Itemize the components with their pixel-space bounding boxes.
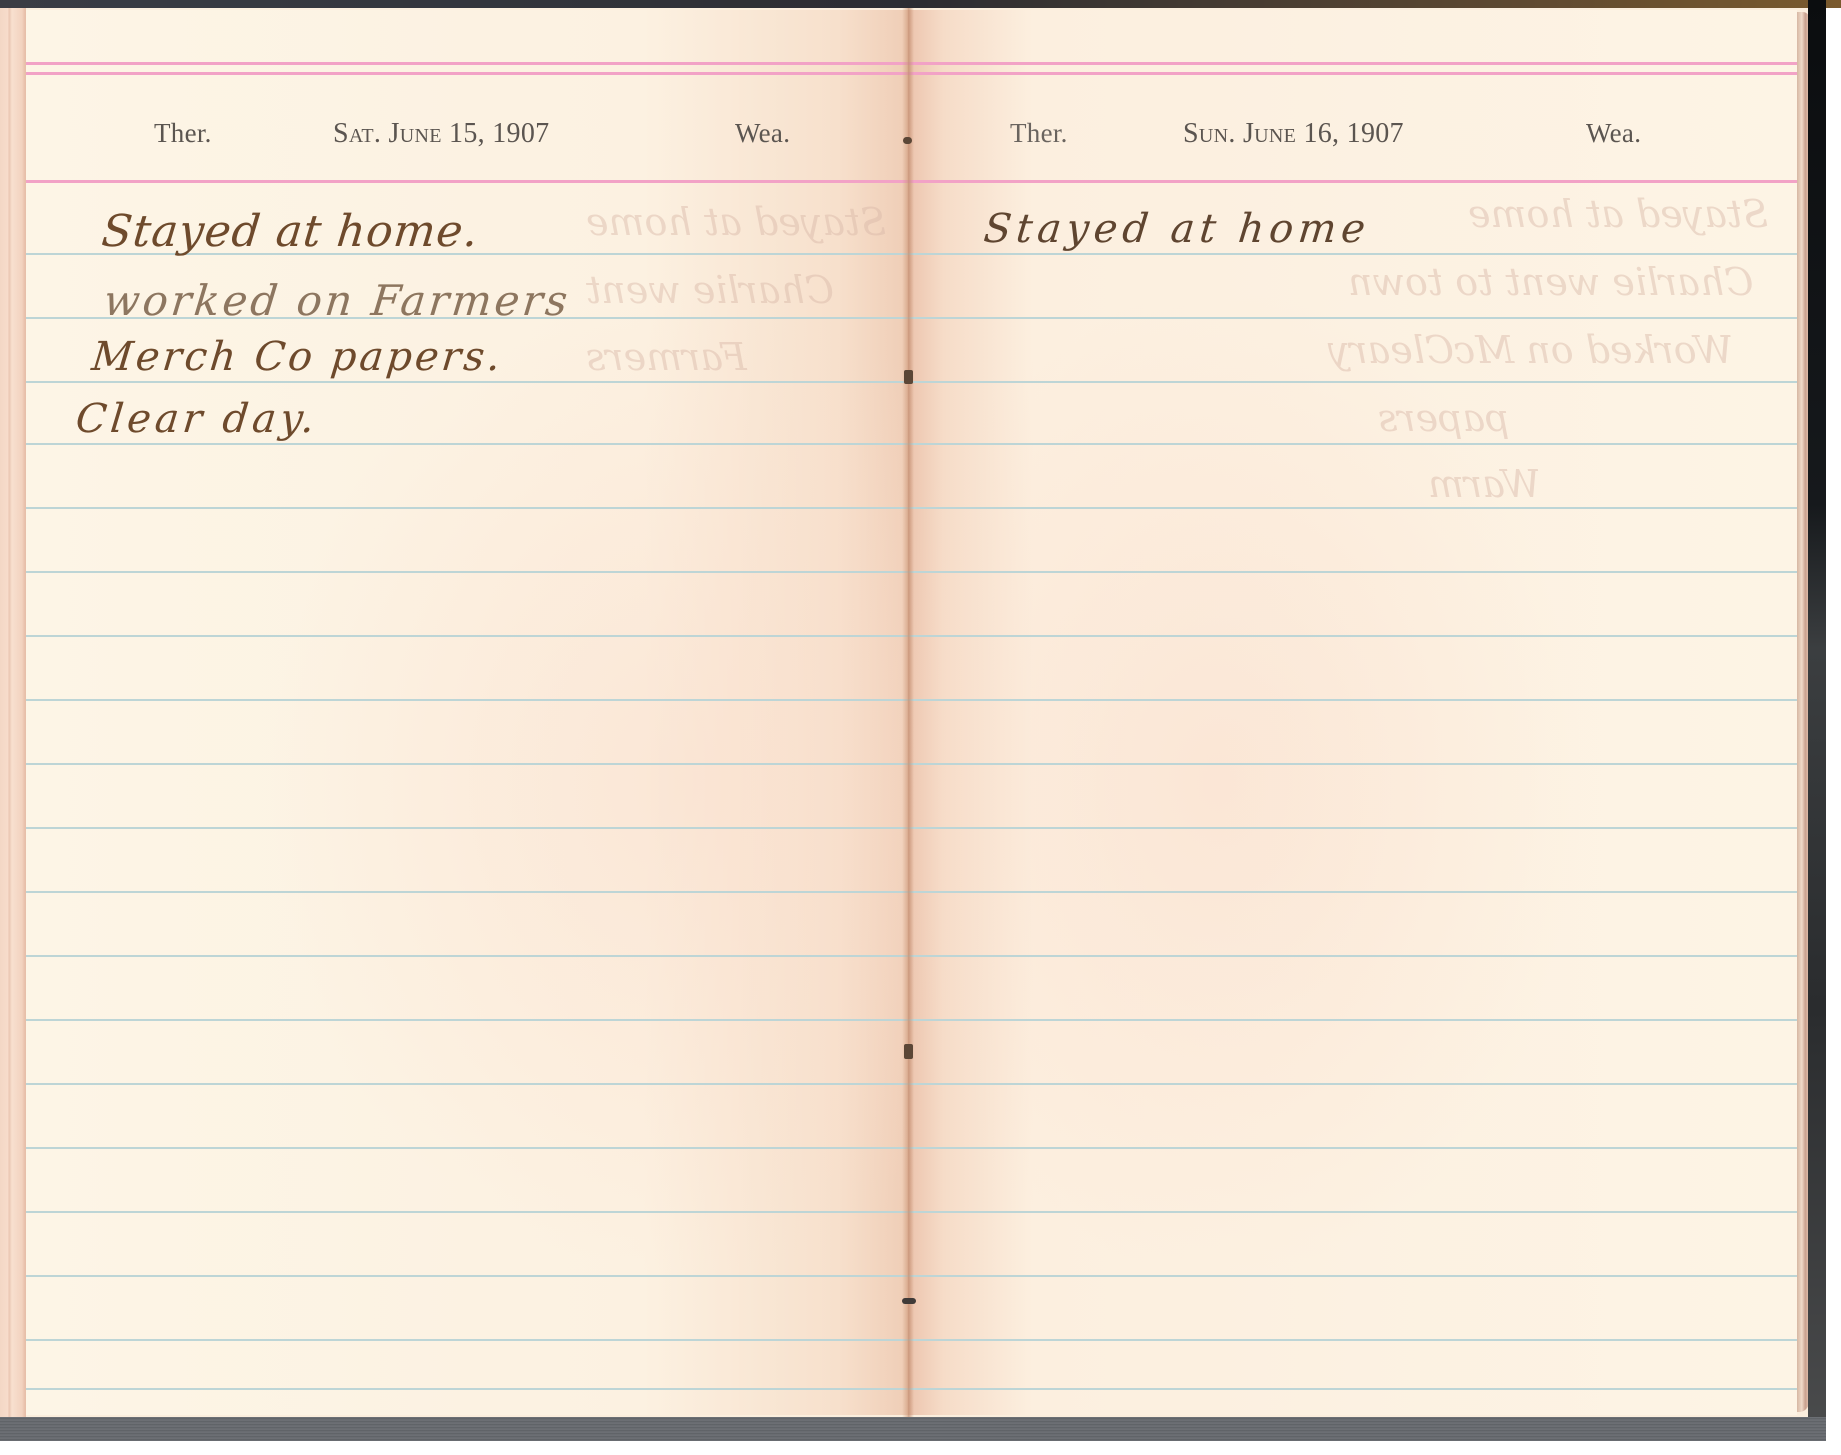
- line-rule: [908, 253, 1797, 255]
- line-rule: [26, 1019, 908, 1021]
- line-rule: [26, 443, 908, 445]
- binding-stitch: [904, 370, 913, 384]
- line-rule: [908, 1339, 1797, 1341]
- line-rule: [26, 955, 908, 957]
- line-rule: [26, 891, 908, 893]
- line-rule: [908, 571, 1797, 573]
- line-rule: [908, 1019, 1797, 1021]
- line-rule: [26, 1339, 908, 1341]
- wea-label: Wea.: [1586, 118, 1641, 149]
- line-rule: [908, 381, 1797, 383]
- bleed-through-text: Worked on McCleary: [1328, 328, 1733, 372]
- book-spine: [902, 8, 914, 1417]
- entry-line: Clear day.: [74, 396, 321, 442]
- line-rule: [26, 381, 908, 383]
- top-rule: [908, 72, 1797, 75]
- line-rule: [26, 571, 908, 573]
- date-heading: Sat. June 15, 1907: [333, 118, 549, 150]
- line-rule: [26, 1275, 908, 1277]
- line-rule: [908, 763, 1797, 765]
- line-rule: [908, 699, 1797, 701]
- top-rule: [26, 62, 908, 65]
- line-rule: [26, 1147, 908, 1149]
- scan-right-edge: [1808, 0, 1826, 1441]
- binding-stitch: [902, 1298, 916, 1304]
- top-rule: [908, 62, 1797, 65]
- line-rule: [26, 635, 908, 637]
- line-rule: [26, 763, 908, 765]
- right-page: Ther. Sun. June 16, 1907 Wea. Stayed at …: [908, 10, 1797, 1415]
- line-rule: [908, 443, 1797, 445]
- scan-top-edge: [0, 0, 1841, 8]
- bleed-through-text: Charlie went to town: [1348, 260, 1753, 304]
- line-rule: [908, 891, 1797, 893]
- line-rule: [908, 1388, 1797, 1390]
- header-rule: [26, 180, 908, 183]
- entry-line: worked on Farmers: [101, 276, 572, 325]
- line-rule: [26, 1388, 908, 1390]
- bleed-through-text: Charlie went: [586, 268, 834, 312]
- binding-stitch: [903, 137, 912, 144]
- scan-bottom-edge: [0, 1417, 1826, 1441]
- line-rule: [908, 1211, 1797, 1213]
- entry-line: Stayed at home.: [99, 206, 481, 257]
- line-rule: [908, 635, 1797, 637]
- line-rule: [26, 699, 908, 701]
- line-rule: [26, 1211, 908, 1213]
- top-rule: [26, 72, 908, 75]
- bleed-through-text: Farmers: [586, 335, 747, 379]
- ther-label: Ther.: [154, 118, 212, 149]
- wea-label: Wea.: [735, 118, 790, 149]
- date-heading: Sun. June 16, 1907: [1183, 118, 1404, 150]
- line-rule: [908, 507, 1797, 509]
- header-rule: [908, 180, 1797, 183]
- line-rule: [908, 1275, 1797, 1277]
- entry-line: Stayed at home: [982, 206, 1373, 252]
- bleed-through-text: Warm: [1428, 462, 1541, 506]
- line-rule: [908, 1147, 1797, 1149]
- line-rule: [26, 507, 908, 509]
- ther-label: Ther.: [1010, 118, 1068, 149]
- line-rule: [908, 317, 1797, 319]
- left-page: Ther. Sat. June 15, 1907 Wea. Stayed at …: [26, 10, 908, 1415]
- line-rule: [26, 1083, 908, 1085]
- bleed-through-text: Stayed at home: [1468, 192, 1768, 236]
- bleed-through-text: papers: [1378, 396, 1509, 440]
- binding-stitch: [904, 1044, 913, 1059]
- line-rule: [908, 1083, 1797, 1085]
- entry-line: Merch Co papers.: [90, 334, 506, 380]
- left-page-stack: [0, 8, 26, 1417]
- line-rule: [26, 827, 908, 829]
- bleed-through-text: Stayed at home: [586, 200, 886, 244]
- line-rule: [908, 827, 1797, 829]
- line-rule: [908, 955, 1797, 957]
